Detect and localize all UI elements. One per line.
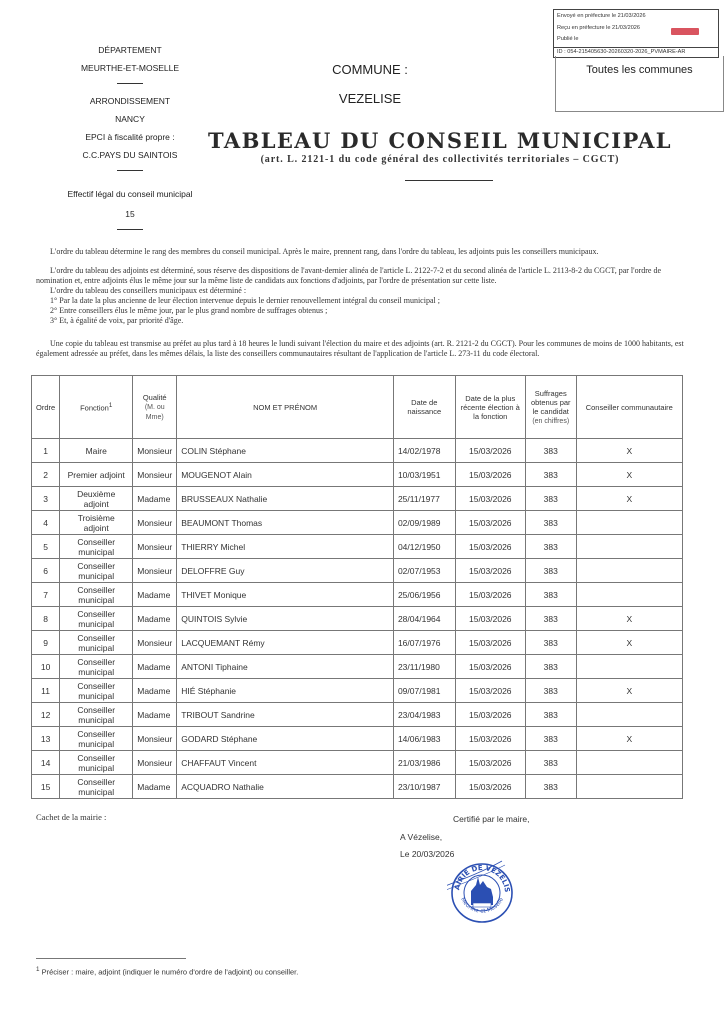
header-fonction: Fonction1 [60,376,133,439]
redacted-tag [671,28,699,35]
row-suffrages: 383 [525,559,576,583]
row-qualite: Monsieur [133,511,177,535]
row-naissance: 23/11/1980 [393,655,455,679]
document-title: TABLEAU DU CONSEIL MUNICIPAL [180,128,700,153]
row-nom: BRUSSEAUX Nathalie [177,487,394,511]
table-row: 1MaireMonsieurCOLIN Stéphane14/02/197815… [32,439,683,463]
row-qualite: Madame [133,655,177,679]
row-communautaire: X [576,607,682,631]
row-qualite: Madame [133,775,177,799]
row-naissance: 10/03/1951 [393,463,455,487]
departement-name: MEURTHE-ET-MOSELLE [40,63,220,73]
row-nom: BEAUMONT Thomas [177,511,394,535]
row-election: 15/03/2026 [455,487,525,511]
table-row: 15Conseiller municipalMadameACQUADRO Nat… [32,775,683,799]
paragraph-adjoints: L'ordre du tableau des adjoints est déte… [36,266,692,326]
table-row: 5Conseiller municipalMonsieurTHIERRY Mic… [32,535,683,559]
footnote-mark: 1 [36,966,39,973]
row-suffrages: 383 [525,775,576,799]
row-fonction: Deuxième adjoint [60,487,133,511]
row-communautaire: X [576,679,682,703]
divider [117,170,143,171]
council-table: Ordre Fonction1 Qualité(M. ou Mme) NOM E… [31,375,683,799]
row-ordre: 11 [32,679,60,703]
row-communautaire [576,511,682,535]
row-naissance: 04/12/1950 [393,535,455,559]
received-date: Reçu en préfecture le 21/03/2026 [557,25,640,31]
row-nom: THIVET Monique [177,583,394,607]
divider [117,229,143,230]
row-election: 15/03/2026 [455,511,525,535]
row-nom: MOUGENOT Alain [177,463,394,487]
header-qualite-label: Qualité [143,393,167,402]
row-qualite: Monsieur [133,439,177,463]
row-nom: COLIN Stéphane [177,439,394,463]
row-qualite: Madame [133,487,177,511]
rule-3: 3° Et, à égalité de voix, par priorité d… [36,316,692,326]
row-qualite: Madame [133,703,177,727]
row-fonction: Troisième adjoint [60,511,133,535]
cachet-label: Cachet de la mairie : [36,812,106,822]
row-naissance: 09/07/1981 [393,679,455,703]
row-suffrages: 383 [525,607,576,631]
table-row: 11Conseiller municipalMadameHIÉ Stéphani… [32,679,683,703]
row-qualite: Madame [133,583,177,607]
row-communautaire [576,655,682,679]
row-suffrages: 383 [525,583,576,607]
row-qualite: Monsieur [133,535,177,559]
row-communautaire: X [576,487,682,511]
row-nom: ACQUADRO Nathalie [177,775,394,799]
row-qualite: Monsieur [133,559,177,583]
table-row: 3Deuxième adjointMadameBRUSSEAUX Nathali… [32,487,683,511]
row-ordre: 4 [32,511,60,535]
table-row: 14Conseiller municipalMonsieurCHAFFAUT V… [32,751,683,775]
row-naissance: 02/09/1989 [393,511,455,535]
row-election: 15/03/2026 [455,655,525,679]
row-election: 15/03/2026 [455,583,525,607]
row-fonction: Maire [60,439,133,463]
header-suffrages: Suffrages obtenus par le candidat(en chi… [525,376,576,439]
row-election: 15/03/2026 [455,463,525,487]
act-id: ID : 054-215405630-20260320-2026_PVMAIRE… [554,47,718,55]
row-ordre: 2 [32,463,60,487]
row-election: 15/03/2026 [455,631,525,655]
footnote-ref: 1 [109,402,112,409]
row-naissance: 14/06/1983 [393,727,455,751]
divider [405,180,493,181]
row-nom: CHAFFAUT Vincent [177,751,394,775]
row-ordre: 3 [32,487,60,511]
scope-box: Toutes les communes [555,56,724,112]
header-fonction-label: Fonction [80,404,109,413]
row-communautaire [576,583,682,607]
row-qualite: Monsieur [133,463,177,487]
row-naissance: 21/03/1986 [393,751,455,775]
row-fonction: Conseiller municipal [60,703,133,727]
row-suffrages: 383 [525,631,576,655]
row-naissance: 25/11/1977 [393,487,455,511]
row-nom: ANTONI Tiphaine [177,655,394,679]
row-election: 15/03/2026 [455,751,525,775]
row-ordre: 14 [32,751,60,775]
sent-date: Envoyé en préfecture le 21/03/2026 [557,13,646,19]
row-ordre: 13 [32,727,60,751]
row-communautaire: X [576,727,682,751]
row-naissance: 23/04/1983 [393,703,455,727]
header-ordre: Ordre [32,376,60,439]
row-ordre: 15 [32,775,60,799]
row-fonction: Conseiller municipal [60,631,133,655]
row-suffrages: 383 [525,727,576,751]
row-election: 15/03/2026 [455,439,525,463]
effectif-label: Effectif légal du conseil municipal [40,189,220,199]
row-qualite: Monsieur [133,631,177,655]
paragraph-conseillers-text: L'ordre du tableau des conseillers munic… [36,286,692,296]
row-ordre: 7 [32,583,60,607]
row-communautaire: X [576,463,682,487]
published-date: Publié le [557,36,578,42]
footnote-divider [36,958,186,959]
row-communautaire [576,775,682,799]
row-ordre: 9 [32,631,60,655]
table-row: 6Conseiller municipalMonsieurDELOFFRE Gu… [32,559,683,583]
arrondissement-name: NANCY [40,114,220,124]
paragraph-adjoints-text: L'ordre du tableau des adjoints est déte… [36,266,692,286]
row-ordre: 5 [32,535,60,559]
header-suffrages-label: Suffrages obtenus par le candidat [531,389,571,416]
row-suffrages: 383 [525,439,576,463]
certified-label: Certifié par le maire, [453,814,530,824]
row-suffrages: 383 [525,679,576,703]
paragraph-rank: L'ordre du tableau détermine le rang des… [36,247,692,257]
paragraph-transmission: Une copie du tableau est transmise au pr… [36,339,692,359]
effectif-value: 15 [40,209,220,219]
row-suffrages: 383 [525,535,576,559]
row-election: 15/03/2026 [455,607,525,631]
row-fonction: Conseiller municipal [60,559,133,583]
row-suffrages: 383 [525,511,576,535]
row-suffrages: 383 [525,463,576,487]
table-row: 13Conseiller municipalMonsieurGODARD Sté… [32,727,683,751]
row-suffrages: 383 [525,487,576,511]
table-header-row: Ordre Fonction1 Qualité(M. ou Mme) NOM E… [32,376,683,439]
departement-label: DÉPARTEMENT [40,45,220,55]
row-naissance: 28/04/1964 [393,607,455,631]
row-nom: TRIBOUT Sandrine [177,703,394,727]
row-fonction: Conseiller municipal [60,679,133,703]
row-nom: THIERRY Michel [177,535,394,559]
rule-1: 1° Par la date la plus ancienne de leur … [36,296,692,306]
table-row: 4Troisième adjointMonsieurBEAUMONT Thoma… [32,511,683,535]
prefecture-stamp: Envoyé en préfecture le 21/03/2026 Reçu … [553,9,719,58]
table-row: 2Premier adjointMonsieurMOUGENOT Alain10… [32,463,683,487]
row-qualite: Madame [133,679,177,703]
header-election: Date de la plus récente élection à la fo… [455,376,525,439]
row-election: 15/03/2026 [455,535,525,559]
row-nom: QUINTOIS Sylvie [177,607,394,631]
header-qualite: Qualité(M. ou Mme) [133,376,177,439]
row-ordre: 6 [32,559,60,583]
commune-label: COMMUNE : [290,62,450,77]
row-fonction: Conseiller municipal [60,607,133,631]
row-fonction: Premier adjoint [60,463,133,487]
row-fonction: Conseiller municipal [60,583,133,607]
row-fonction: Conseiller municipal [60,751,133,775]
row-communautaire [576,535,682,559]
row-communautaire: X [576,439,682,463]
header-communautaire: Conseiller communautaire [576,376,682,439]
arrondissement-label: ARRONDISSEMENT [40,96,220,106]
row-election: 15/03/2026 [455,559,525,583]
rule-2: 2° Entre conseillers élus le même jour, … [36,306,692,316]
row-ordre: 10 [32,655,60,679]
row-naissance: 02/07/1953 [393,559,455,583]
header-suffrages-sub: (en chiffres) [532,418,569,425]
row-fonction: Conseiller municipal [60,775,133,799]
row-qualite: Monsieur [133,751,177,775]
row-naissance: 25/06/1956 [393,583,455,607]
document-subtitle: (art. L. 2121-1 du code général des coll… [180,154,700,165]
row-election: 15/03/2026 [455,679,525,703]
header-nom: NOM ET PRÉNOM [177,376,394,439]
row-nom: HIÉ Stéphanie [177,679,394,703]
header-qualite-sub: (M. ou Mme) [145,404,165,421]
row-ordre: 12 [32,703,60,727]
row-election: 15/03/2026 [455,727,525,751]
row-naissance: 16/07/1976 [393,631,455,655]
table-row: 9Conseiller municipalMonsieurLACQUEMANT … [32,631,683,655]
table-row: 8Conseiller municipalMadameQUINTOIS Sylv… [32,607,683,631]
row-suffrages: 383 [525,655,576,679]
commune-name: VEZELISE [290,91,450,106]
row-fonction: Conseiller municipal [60,535,133,559]
row-nom: DELOFFRE Guy [177,559,394,583]
table-row: 10Conseiller municipalMadameANTONI Tipha… [32,655,683,679]
signature-place: A Vézelise, [400,832,442,842]
row-ordre: 1 [32,439,60,463]
row-nom: LACQUEMANT Rémy [177,631,394,655]
row-qualite: Monsieur [133,727,177,751]
table-row: 7Conseiller municipalMadameTHIVET Moniqu… [32,583,683,607]
row-suffrages: 383 [525,751,576,775]
row-fonction: Conseiller municipal [60,727,133,751]
row-fonction: Conseiller municipal [60,655,133,679]
row-communautaire [576,751,682,775]
divider [117,83,143,84]
row-suffrages: 383 [525,703,576,727]
row-election: 15/03/2026 [455,775,525,799]
row-qualite: Madame [133,607,177,631]
row-naissance: 14/02/1978 [393,439,455,463]
row-nom: GODARD Stéphane [177,727,394,751]
table-row: 12Conseiller municipalMadameTRIBOUT Sand… [32,703,683,727]
scope-label: Toutes les communes [556,64,723,76]
footnote-text: Préciser : maire, adjoint (indiquer le n… [42,968,299,977]
row-naissance: 23/10/1987 [393,775,455,799]
row-communautaire: X [576,631,682,655]
footnote: 1 Préciser : maire, adjoint (indiquer le… [36,966,298,977]
row-election: 15/03/2026 [455,703,525,727]
row-communautaire [576,703,682,727]
row-communautaire [576,559,682,583]
mayor-seal-stamp: MAIRIE DE VEZELISE Meurthe-et-Moselle [447,855,517,925]
header-naissance: Date de naissance [393,376,455,439]
row-ordre: 8 [32,607,60,631]
